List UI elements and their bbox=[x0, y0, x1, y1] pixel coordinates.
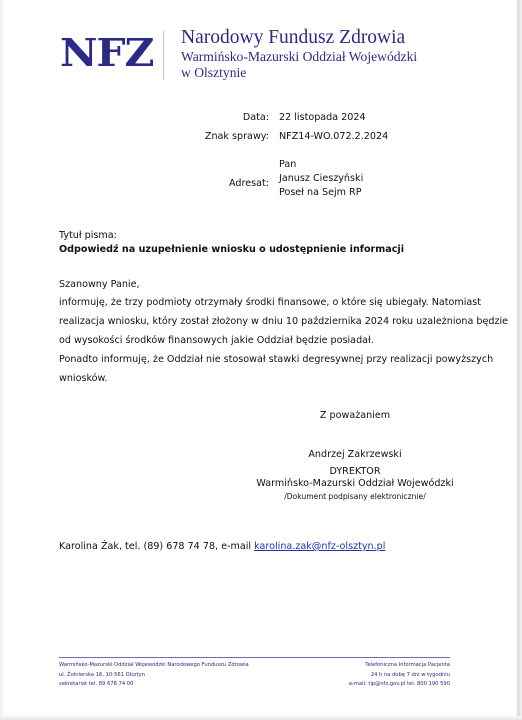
footer-org: Warmińsko-Mazurski Oddział Wojewódzki Na… bbox=[59, 661, 249, 671]
contact-email-link[interactable]: karolina.zak@nfz-olsztyn.pl bbox=[254, 541, 385, 552]
e-signature-note: /Dokument podpisany elektronicznie/ bbox=[245, 491, 465, 503]
salutation: Szanowny Panie, bbox=[59, 279, 140, 291]
addressee-line: Poseł na Sejm RP bbox=[279, 187, 362, 199]
body-line: wniosków. bbox=[59, 373, 108, 385]
page-edge-bottom bbox=[0, 716, 522, 720]
org-city: w Olsztynie bbox=[181, 65, 246, 81]
reference-label: Znak sprawy: bbox=[169, 131, 269, 143]
subject-title: Odpowiedź na uzupełnienie wniosku o udos… bbox=[59, 244, 404, 256]
page-edge-left bbox=[0, 0, 3, 720]
subject-label: Tytuł pisma: bbox=[59, 230, 117, 242]
signatory-title: DYREKTOR bbox=[245, 466, 465, 478]
footer-tip-hours: 24 h na dobę 7 dni w tygodniu bbox=[349, 671, 450, 681]
footer-address: Warmińsko-Mazurski Oddział Wojewódzki Na… bbox=[59, 661, 249, 690]
body-line: informuję, że trzy podmioty otrzymały śr… bbox=[59, 297, 481, 309]
contact-text: Karolina Żak, tel. (89) 678 74 78, e-mai… bbox=[59, 541, 254, 552]
body-line: Ponadto informuję, że Oddział nie stosow… bbox=[59, 354, 493, 366]
org-name: Narodowy Fundusz Zdrowia bbox=[181, 27, 405, 49]
addressee-label: Adresat: bbox=[169, 178, 269, 190]
footer-tip-title: Telefoniczna Informacja Pacjenta bbox=[349, 661, 450, 671]
addressee-line: Pan bbox=[279, 159, 296, 171]
footer-divider bbox=[59, 657, 450, 658]
signatory-name: Andrzej Zakrzewski bbox=[245, 449, 465, 461]
logo-divider bbox=[163, 30, 164, 80]
footer-phone: sekretariat tel. 89 678 74 00 bbox=[59, 680, 249, 690]
contact-line: Karolina Żak, tel. (89) 678 74 78, e-mai… bbox=[59, 541, 385, 553]
signatory-unit: Warmińsko-Mazurski Oddział Wojewódzki bbox=[245, 478, 465, 490]
date-label: Data: bbox=[169, 112, 269, 124]
reference-value: NFZ14-WO.072.2.2024 bbox=[279, 131, 388, 143]
footer-tip-contact: e-mail: tip@nfz.gov.pl tel. 800 190 590 bbox=[349, 680, 450, 690]
footer-street: ul. Żołnierska 16, 10-561 Olsztyn bbox=[59, 671, 249, 681]
addressee-line: Janusz Cieszyński bbox=[279, 173, 363, 185]
nfz-logo: NFZ bbox=[60, 33, 153, 73]
page-scroll-edge bbox=[516, 0, 522, 720]
org-branch: Warmińsko-Mazurski Oddział Wojewódzki bbox=[181, 49, 417, 65]
body-line: realizacja wniosku, który został złożony… bbox=[59, 316, 508, 328]
date-value: 22 listopada 2024 bbox=[279, 112, 366, 124]
footer-patient-info: Telefoniczna Informacja Pacjenta 24 h na… bbox=[349, 661, 450, 690]
closing: Z poważaniem bbox=[245, 410, 465, 422]
body-line: od wysokości środków finansowych jakie O… bbox=[59, 335, 374, 347]
